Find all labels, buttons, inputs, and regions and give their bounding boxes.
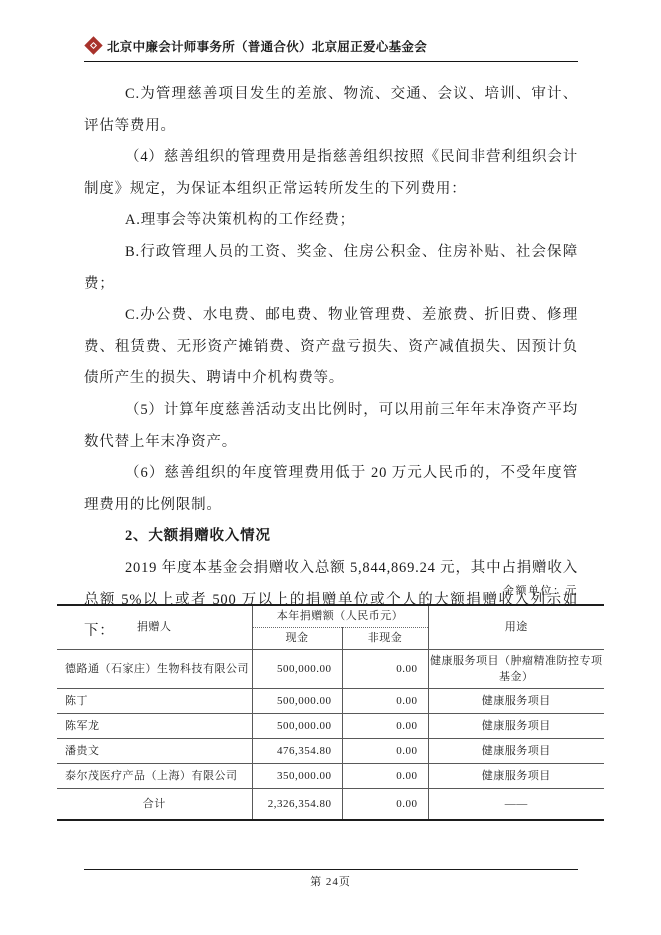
total-purpose-cell: —— <box>428 788 604 820</box>
noncash-cell: 0.00 <box>342 738 428 763</box>
noncash-cell: 0.00 <box>342 763 428 788</box>
purpose-cell: 健康服务项目（肿瘤精准防控专项基金） <box>428 649 604 688</box>
header-cash: 现金 <box>252 627 342 649</box>
document-page: 北京中廉会计师事务所（普通合伙）北京屈正爱心基金会 C.为管理慈善项目发生的差旅… <box>0 0 661 935</box>
table-total-row: 合计 2,326,354.80 0.00 —— <box>57 788 604 820</box>
donor-cell: 陈军龙 <box>57 713 252 738</box>
page-number: 第 24页 <box>0 873 661 889</box>
purpose-cell: 健康服务项目 <box>428 738 604 763</box>
paragraph: C.办公费、水电费、邮电费、物业管理费、差旅费、折旧费、修理费、租赁费、无形资产… <box>84 300 578 395</box>
donor-cell: 潘贵文 <box>57 738 252 763</box>
total-noncash-cell: 0.00 <box>342 788 428 820</box>
paragraph: （5）计算年度慈善活动支出比例时，可以用前三年年末净资产平均数代替上年末净资产。 <box>84 395 578 458</box>
header-donor: 捐赠人 <box>57 605 252 649</box>
paragraph: （4）慈善组织的管理费用是指慈善组织按照《民间非营利组织会计制度》规定，为保证本… <box>84 142 578 205</box>
table-row: 德路通（石家庄）生物科技有限公司 500,000.00 0.00 健康服务项目（… <box>57 649 604 688</box>
header-firm-title: 北京中廉会计师事务所（普通合伙）北京屈正爱心基金会 <box>107 37 427 55</box>
noncash-cell: 0.00 <box>342 713 428 738</box>
noncash-cell: 0.00 <box>342 649 428 688</box>
page-header: 北京中廉会计师事务所（普通合伙）北京屈正爱心基金会 <box>84 36 578 55</box>
table-row: 泰尔茂医疗产品（上海）有限公司 350,000.00 0.00 健康服务项目 <box>57 763 604 788</box>
body-text: C.为管理慈善项目发生的差旅、物流、交通、会议、培训、审计、评估等费用。 （4）… <box>84 79 578 648</box>
cash-cell: 350,000.00 <box>252 763 342 788</box>
paragraph: C.为管理慈善项目发生的差旅、物流、交通、会议、培训、审计、评估等费用。 <box>84 79 578 142</box>
cash-cell: 500,000.00 <box>252 649 342 688</box>
paragraph: A.理事会等决策机构的工作经费； <box>84 205 578 237</box>
purpose-cell: 健康服务项目 <box>428 763 604 788</box>
paragraph: （6）慈善组织的年度管理费用低于 20 万元人民币的，不受年度管理费用的比例限制… <box>84 458 578 521</box>
header-amount-group: 本年捐赠额（人民币元） <box>252 605 428 627</box>
header-rule <box>84 61 578 62</box>
donor-cell: 陈丁 <box>57 688 252 713</box>
footer-rule <box>84 869 578 870</box>
donor-cell: 德路通（石家庄）生物科技有限公司 <box>57 649 252 688</box>
total-label-cell: 合计 <box>57 788 252 820</box>
donation-table: 捐赠人 本年捐赠额（人民币元） 用途 现金 非现金 德路通（石家庄）生物科技有限… <box>57 604 604 821</box>
noncash-cell: 0.00 <box>342 688 428 713</box>
cash-cell: 476,354.80 <box>252 738 342 763</box>
section-heading: 2、大额捐赠收入情况 <box>84 521 578 553</box>
cash-cell: 500,000.00 <box>252 688 342 713</box>
purpose-cell: 健康服务项目 <box>428 713 604 738</box>
firm-logo-icon <box>84 36 103 55</box>
table-row: 陈军龙 500,000.00 0.00 健康服务项目 <box>57 713 604 738</box>
header-noncash: 非现金 <box>342 627 428 649</box>
header-purpose: 用途 <box>428 605 604 649</box>
donor-cell: 泰尔茂医疗产品（上海）有限公司 <box>57 763 252 788</box>
table-row: 陈丁 500,000.00 0.00 健康服务项目 <box>57 688 604 713</box>
table-row: 潘贵文 476,354.80 0.00 健康服务项目 <box>57 738 604 763</box>
table-header-row: 捐赠人 本年捐赠额（人民币元） 用途 <box>57 605 604 627</box>
paragraph: B.行政管理人员的工资、奖金、住房公积金、住房补贴、社会保障费； <box>84 237 578 300</box>
total-cash-cell: 2,326,354.80 <box>252 788 342 820</box>
amount-unit-note: 金额单位：元 <box>503 582 578 598</box>
cash-cell: 500,000.00 <box>252 713 342 738</box>
purpose-cell: 健康服务项目 <box>428 688 604 713</box>
